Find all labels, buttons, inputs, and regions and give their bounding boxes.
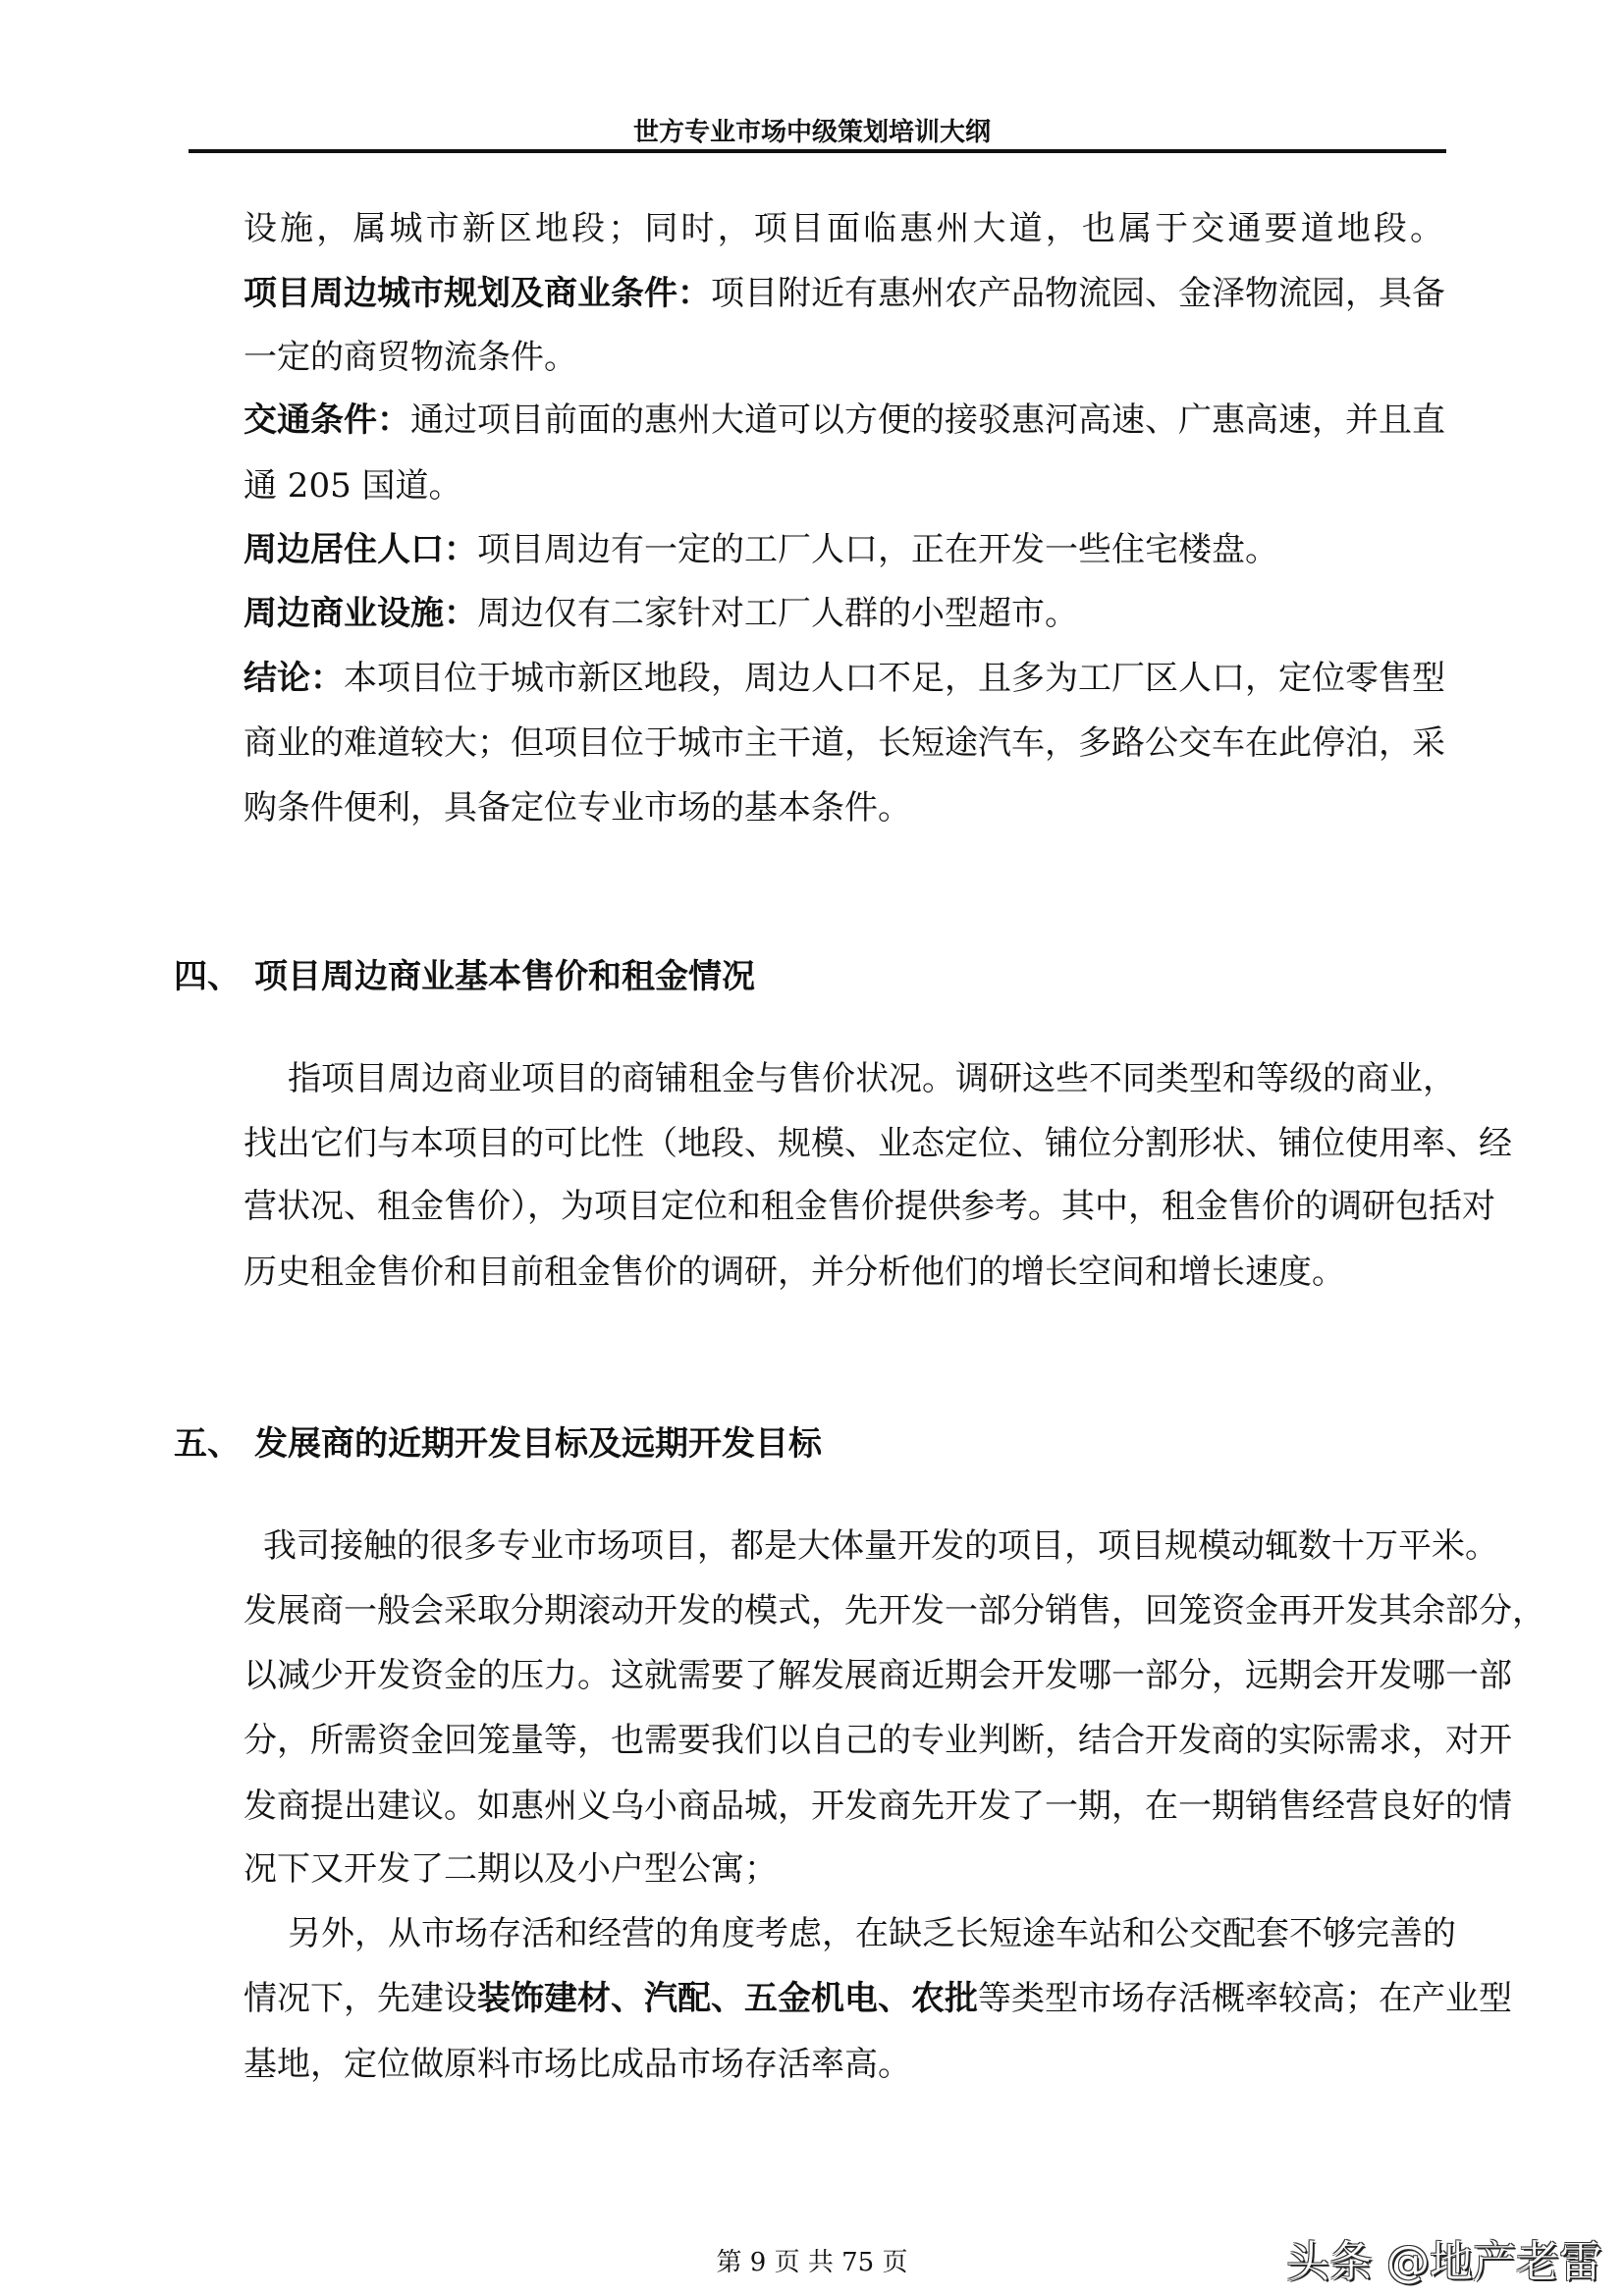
line-text: 我司接触的很多专业市场项目，都是大体量开发的项目，项目规模动辄数十万平米。 bbox=[263, 1526, 1498, 1566]
paragraph-line: 我司接触的很多专业市场项目，都是大体量开发的项目，项目规模动辄数十万平米。 bbox=[263, 1524, 1443, 1568]
line-text: 通过项目前面的惠州大道可以方便的接驳惠河高速、广惠高速，并且直 bbox=[410, 400, 1445, 440]
paragraph-line: 通 205 国道。 bbox=[244, 464, 1443, 507]
line-text: 周边仅有二家针对工厂人群的小型超市。 bbox=[477, 594, 1078, 633]
section-title: 项目周边商业基本售价和租金情况 bbox=[254, 957, 755, 996]
line-text: 一定的商贸物流条件。 bbox=[244, 338, 577, 377]
inline-label: 项目周边城市规划及商业条件： bbox=[244, 274, 711, 313]
line-text: 发展商一般会采取分期滚动开发的模式，先开发一部分销售，回笼资金再开发其余部分， bbox=[244, 1591, 1545, 1630]
line-text: 基地，定位做原料市场比成品市场存活率高。 bbox=[244, 2045, 911, 2084]
line-text: 本项目位于城市新区地段，周边人口不足，且多为工厂区人口，定位零售型 bbox=[344, 659, 1445, 698]
line-text: 营状况、租金售价），为项目定位和租金售价提供参考。其中，租金售价的调研包括对 bbox=[244, 1187, 1495, 1226]
line-text: 发商提出建议。如惠州义乌小商品城，开发商先开发了一期，在一期销售经营良好的情 bbox=[244, 1787, 1512, 1826]
paragraph-line: 结论：本项目位于城市新区地段，周边人口不足，且多为工厂区人口，定位零售型 bbox=[244, 657, 1443, 700]
inline-label: 结论： bbox=[244, 659, 344, 698]
paragraph-line: 指项目周边商业项目的商铺租金与售价状况。调研这些不同类型和等级的商业， bbox=[288, 1057, 1443, 1100]
paragraph-line: 发展商一般会采取分期滚动开发的模式，先开发一部分销售，回笼资金再开发其余部分， bbox=[244, 1589, 1443, 1632]
watermark-text: 头条 @地产老雷 bbox=[1286, 2226, 1602, 2289]
paragraph-line: 营状况、租金售价），为项目定位和租金售价提供参考。其中，租金售价的调研包括对 bbox=[244, 1185, 1443, 1228]
inline-label: 周边居住人口： bbox=[244, 530, 477, 569]
paragraph-line: 况下又开发了二期以及小户型公寓； bbox=[244, 1847, 1443, 1891]
paragraph-line: 项目周边城市规划及商业条件：项目附近有惠州农产品物流园、金泽物流园，具备 bbox=[244, 272, 1443, 315]
paragraph-line: 交通条件：通过项目前面的惠州大道可以方便的接驳惠河高速、广惠高速，并且直 bbox=[244, 399, 1443, 442]
line-text: 通 205 国道。 bbox=[244, 466, 462, 506]
paragraph-line: 以减少开发资金的压力。这就需要了解发展商近期会开发哪一部分，远期会开发哪一部 bbox=[244, 1654, 1443, 1697]
paragraph-line: 购条件便利，具备定位专业市场的基本条件。 bbox=[244, 786, 1443, 829]
paragraph-line: 另外，从市场存活和经营的角度考虑，在缺乏长短途车站和公交配套不够完善的 bbox=[288, 1912, 1443, 1955]
line-text: 情况下，先建设 bbox=[244, 1979, 477, 2018]
line-text: 况下又开发了二期以及小户型公寓； bbox=[244, 1849, 778, 1889]
line-text: 等类型市场存活概率较高；在产业型 bbox=[978, 1979, 1512, 2018]
line-text: 找出它们与本项目的可比性（地段、规模、业态定位、铺位分割形状、铺位使用率、经 bbox=[244, 1124, 1512, 1163]
section-heading-5: 五、发展商的近期开发目标及远期开发目标 bbox=[174, 1422, 822, 1466]
paragraph-line: 设施，属城市新区地段；同时，项目面临惠州大道，也属于交通要道地段。 bbox=[244, 207, 1443, 250]
line-text: 历史租金售价和目前租金售价的调研，并分析他们的增长空间和增长速度。 bbox=[244, 1253, 1345, 1292]
line-text: 项目周边有一定的工厂人口，正在开发一些住宅楼盘。 bbox=[477, 530, 1278, 569]
line-text: 项目附近有惠州农产品物流园、金泽物流园，具备 bbox=[711, 274, 1445, 313]
section-title: 发展商的近期开发目标及远期开发目标 bbox=[254, 1424, 822, 1464]
header-divider bbox=[189, 149, 1446, 153]
line-text: 设施，属城市新区地段；同时，项目面临惠州大道，也属于交通要道地段。 bbox=[244, 209, 1443, 248]
paragraph-line: 找出它们与本项目的可比性（地段、规模、业态定位、铺位分割形状、铺位使用率、经 bbox=[244, 1122, 1443, 1165]
section-number: 五、 bbox=[174, 1422, 254, 1466]
section-heading-4: 四、项目周边商业基本售价和租金情况 bbox=[174, 955, 755, 998]
paragraph-line: 周边居住人口：项目周边有一定的工厂人口，正在开发一些住宅楼盘。 bbox=[244, 528, 1443, 571]
paragraph-line: 情况下，先建设装饰建材、汽配、五金机电、农批等类型市场存活概率较高；在产业型 bbox=[244, 1977, 1443, 2020]
paragraph-line: 分，所需资金回笼量等，也需要我们以自己的专业判断，结合开发商的实际需求，对开 bbox=[244, 1719, 1443, 1762]
line-text: 指项目周边商业项目的商铺租金与售价状况。调研这些不同类型和等级的商业， bbox=[288, 1059, 1456, 1098]
section-number: 四、 bbox=[174, 955, 254, 998]
line-text: 商业的难道较大；但项目位于城市主干道，长短途汽车，多路公交车在此停泊，采 bbox=[244, 723, 1445, 763]
line-text: 分，所需资金回笼量等，也需要我们以自己的专业判断，结合开发商的实际需求，对开 bbox=[244, 1721, 1512, 1760]
paragraph-line: 商业的难道较大；但项目位于城市主干道，长短途汽车，多路公交车在此停泊，采 bbox=[244, 721, 1443, 765]
paragraph-line: 基地，定位做原料市场比成品市场存活率高。 bbox=[244, 2043, 1443, 2086]
line-text: 以减少开发资金的压力。这就需要了解发展商近期会开发哪一部分，远期会开发哪一部 bbox=[244, 1656, 1512, 1695]
document-header-title: 世方专业市场中级策划培训大纲 bbox=[0, 112, 1624, 148]
inline-label: 周边商业设施： bbox=[244, 594, 477, 633]
paragraph-line: 一定的商贸物流条件。 bbox=[244, 336, 1443, 379]
paragraph-line: 发商提出建议。如惠州义乌小商品城，开发商先开发了一期，在一期销售经营良好的情 bbox=[244, 1785, 1443, 1828]
bold-market-types: 装饰建材、汽配、五金机电、农批 bbox=[477, 1979, 978, 2018]
paragraph-line: 历史租金售价和目前租金售价的调研，并分析他们的增长空间和增长速度。 bbox=[244, 1251, 1443, 1294]
line-text: 另外，从市场存活和经营的角度考虑，在缺乏长短途车站和公交配套不够完善的 bbox=[288, 1914, 1456, 1953]
paragraph-line: 周边商业设施：周边仅有二家针对工厂人群的小型超市。 bbox=[244, 592, 1443, 635]
line-text: 购条件便利，具备定位专业市场的基本条件。 bbox=[244, 788, 911, 828]
inline-label: 交通条件： bbox=[244, 400, 410, 440]
